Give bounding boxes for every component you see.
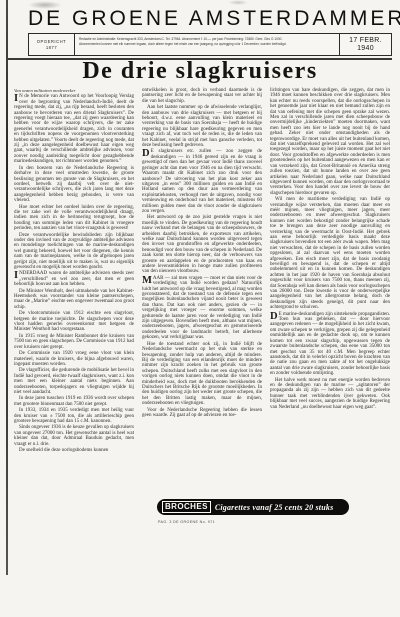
article-headline: De drie slagkruisers	[0, 58, 400, 85]
column-2: ontwikkelen is groot, doch in verband da…	[142, 88, 262, 454]
paragraph: In 1933, 1934 en 1935 verdedigt men met …	[14, 408, 134, 424]
paragraph: Hoe moet echter het oordeel luiden over …	[14, 205, 134, 232]
paragraph: De vlootcommissie van 1912 eischte een s…	[14, 311, 134, 333]
ad-brand-broches: BROCHES	[162, 501, 211, 513]
paragraph: Wil men de maritieme verdediging van Ind…	[270, 197, 390, 311]
paragraph-text: E marine-deskundigen zijn uitstekende pr…	[270, 312, 390, 376]
paragraph: DE marine-deskundigen zijn uitstekende p…	[270, 312, 390, 377]
paragraph: Deze verantwoordelijke bewindslieden zij…	[14, 233, 134, 271]
paragraph: Hoe de toestand echter ook zij, in Indië…	[142, 342, 262, 407]
drop-cap: I	[14, 94, 18, 103]
paragraph: De snelheid die deze oorlogsbodems kunne…	[14, 448, 134, 453]
paragraph: Aan het laatste nummer op de afwisselend…	[142, 105, 262, 148]
paragraph: In deze jaren tusschen 1919 en 1936 word…	[14, 396, 134, 407]
drop-cap: I	[14, 271, 18, 280]
publisher-info-box: Redactie en Administratie: Keizersgracht…	[75, 34, 340, 55]
paragraph: lichtingen van hare deskundigen, die zeg…	[270, 88, 390, 196]
paragraph: Het halve werk moest nu met energie word…	[270, 378, 390, 410]
issue-date: 17 FEBR.	[349, 37, 382, 45]
founded-label: OPGERICHT	[37, 39, 66, 44]
paragraph-text: NDERDAAD waren de ambtelijke adviezen st…	[14, 271, 134, 287]
scan-smudge	[228, 0, 248, 5]
paragraph: Sinds ongeveer 1936 is de keuze gevallen…	[14, 425, 134, 447]
paragraph: In den boezem van de Nederlandsche Regee…	[14, 166, 134, 204]
paragraph: ontwikkelen is groot, doch in verband da…	[142, 88, 262, 104]
paragraph: De Minister Wentholt, deel uitmakende va…	[14, 289, 134, 311]
paragraph: Het antwoord op de zoo juist gestelde vr…	[142, 215, 262, 274]
issue-date-box: 17 FEBR. 1940	[340, 34, 391, 55]
paragraph: Voor de Nederlandsche Regeering hebben d…	[142, 408, 262, 419]
cigarette-ad-banner: BROCHES Cigarettes vanaf 25 cents 20 stu…	[157, 499, 349, 515]
paragraph: MAAR — zal men vragen — moet er dan niet…	[142, 276, 262, 341]
publisher-info-line: Abonnementen kunnen met elk nummer ingaa…	[79, 42, 335, 47]
paragraph-text: E slagkruisers etc. zullen — zoo zeggen …	[142, 149, 262, 213]
founded-year: 1877	[46, 45, 57, 50]
founded-box: OPGERICHT 1877	[29, 34, 75, 55]
column-1: Van onzen militairen medewerker IN de Me…	[14, 88, 134, 454]
newspaper-title: DE GROENE AMSTERDAMMER	[28, 7, 392, 31]
paragraph-text: N de Memorie van Antwoord op het Voorloo…	[14, 94, 134, 164]
masthead-info-row: OPGERICHT 1877 Redactie en Administratie…	[28, 33, 392, 56]
newspaper-page: DE GROENE AMSTERDAMMER OPGERICHT 1877 Re…	[0, 0, 400, 617]
paragraph: De vlagofficier, die gedurende de mobili…	[14, 368, 134, 395]
page-footer-note: PAG. 3 DE GROENE No. 971	[158, 520, 215, 524]
issue-year: 1940	[357, 45, 374, 53]
paragraph: De Commissie van 1920 vroeg eene vloot v…	[14, 351, 134, 367]
paragraph: DE slagkruisers etc. zullen — zoo zeggen…	[142, 149, 262, 214]
paragraph: In 1915 vroeg de Minister Rambonnet drie…	[14, 334, 134, 350]
drop-cap: M	[142, 276, 152, 285]
drop-cap: D	[142, 149, 150, 158]
paragraph: INDERDAAD waren de ambtelijke adviezen s…	[14, 271, 134, 287]
paragraph: IN de Memorie van Antwoord op het Voorlo…	[14, 94, 134, 164]
paragraph-text: AAR — zal men vragen — moet er dan niets…	[142, 276, 262, 340]
ad-tagline: Cigarettes vanaf 25 cents 20 stuks	[215, 503, 334, 512]
scan-edge-artifact	[6, 0, 8, 575]
article-columns: Van onzen militairen medewerker IN de Me…	[14, 88, 391, 454]
byline: Van onzen militairen medewerker	[14, 88, 134, 93]
drop-cap: D	[270, 312, 278, 321]
column-3: lichtingen van hare deskundigen, die zeg…	[270, 88, 390, 454]
